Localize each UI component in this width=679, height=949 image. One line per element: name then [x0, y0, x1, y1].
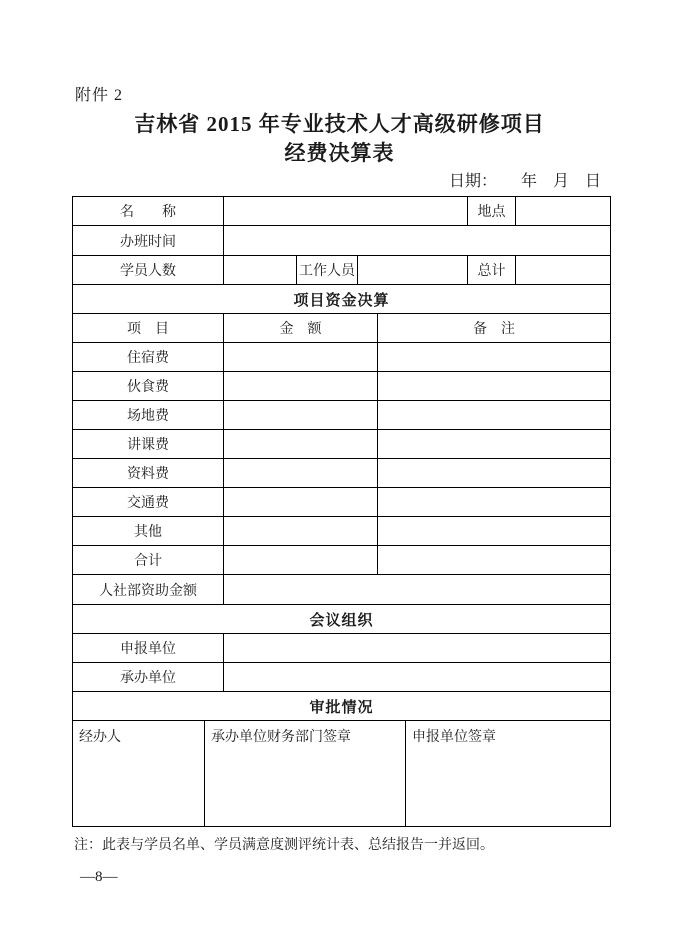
- row-name: 名 称 地点: [73, 197, 611, 226]
- handler-cell: 经办人: [73, 721, 205, 827]
- budget-row: 交通费: [73, 488, 611, 517]
- row-organization-section: 会议组织: [73, 605, 611, 634]
- organization-section-title: 会议组织: [73, 605, 611, 634]
- students-value-cell: [224, 256, 297, 285]
- total-value-cell: [516, 256, 611, 285]
- class-time-value-cell: [224, 226, 611, 256]
- budget-item-label: 伙食费: [73, 372, 224, 401]
- row-undertake-unit: 承办单位: [73, 663, 611, 692]
- attachment-label: 附件 2: [75, 82, 123, 105]
- amount-value-cell: [224, 546, 378, 575]
- class-time-label: 办班时间: [73, 226, 224, 256]
- budget-col-remark: 备 注: [378, 314, 611, 343]
- location-label: 地点: [468, 197, 516, 226]
- remark-value-cell: [378, 430, 611, 459]
- amount-value-cell: [224, 401, 378, 430]
- declare-seal-cell: 申报单位签章: [406, 721, 611, 827]
- budget-row: 讲课费: [73, 430, 611, 459]
- budget-row: 场地费: [73, 401, 611, 430]
- undertake-unit-value-cell: [224, 663, 611, 692]
- location-value-cell: [516, 197, 611, 226]
- budget-item-label: 其他: [73, 517, 224, 546]
- budget-section-title: 项目资金决算: [73, 285, 611, 314]
- page-number: —8—: [80, 869, 118, 886]
- amount-value-cell: [224, 343, 378, 372]
- row-class-time: 办班时间: [73, 226, 611, 256]
- budget-item-label: 合计: [73, 546, 224, 575]
- budget-item-label: 交通费: [73, 488, 224, 517]
- amount-value-cell: [224, 430, 378, 459]
- budget-item-label: 讲课费: [73, 430, 224, 459]
- undertake-unit-label: 承办单位: [73, 663, 224, 692]
- title-line-2: 经费决算表: [0, 139, 679, 168]
- document-title: 吉林省 2015 年专业技术人才高级研修项目 经费决算表: [0, 110, 679, 168]
- budget-row: 合计: [73, 546, 611, 575]
- amount-value-cell: [224, 488, 378, 517]
- amount-value-cell: [224, 372, 378, 401]
- staff-label: 工作人员: [297, 256, 358, 285]
- remark-value-cell: [378, 401, 611, 430]
- amount-value-cell: [224, 517, 378, 546]
- footnote: 注：此表与学员名单、学员满意度测评统计表、总结报告一并返回。: [74, 834, 494, 854]
- budget-item-label: 住宿费: [73, 343, 224, 372]
- budget-row: 伙食费: [73, 372, 611, 401]
- remark-value-cell: [378, 372, 611, 401]
- budget-item-label: 资料费: [73, 459, 224, 488]
- amount-value-cell: [224, 459, 378, 488]
- declare-unit-label: 申报单位: [73, 634, 224, 663]
- row-subsidy: 人社部资助金额: [73, 575, 611, 605]
- approval-section-title: 审批情况: [73, 692, 611, 721]
- budget-col-item: 项 目: [73, 314, 224, 343]
- document-page: 附件 2 吉林省 2015 年专业技术人才高级研修项目 经费决算表 日期： 年 …: [0, 0, 679, 949]
- staff-value-cell: [358, 256, 468, 285]
- remark-value-cell: [378, 546, 611, 575]
- remark-value-cell: [378, 343, 611, 372]
- row-approval-section: 审批情况: [73, 692, 611, 721]
- declare-unit-value-cell: [224, 634, 611, 663]
- row-declare-unit: 申报单位: [73, 634, 611, 663]
- total-label: 总计: [468, 256, 516, 285]
- row-counts: 学员人数 工作人员 总计: [73, 256, 611, 285]
- finance-seal-cell: 承办单位财务部门签章: [205, 721, 406, 827]
- budget-row: 资料费: [73, 459, 611, 488]
- budget-row: 住宿费: [73, 343, 611, 372]
- remark-value-cell: [378, 517, 611, 546]
- students-label: 学员人数: [73, 256, 224, 285]
- name-label: 名 称: [73, 197, 224, 226]
- subsidy-label: 人社部资助金额: [73, 575, 224, 605]
- name-value-cell: [224, 197, 468, 226]
- remark-value-cell: [378, 488, 611, 517]
- title-line-1: 吉林省 2015 年专业技术人才高级研修项目: [0, 110, 679, 139]
- budget-col-amount: 金 额: [224, 314, 378, 343]
- budget-row: 其他: [73, 517, 611, 546]
- budget-form-table: 名 称 地点 办班时间 学员人数 工作人员 总计 项目资金决算 项 目 金 额: [72, 196, 611, 827]
- date-line: 日期： 年 月 日: [449, 168, 601, 191]
- row-budget-header: 项 目 金 额 备 注: [73, 314, 611, 343]
- subsidy-value-cell: [224, 575, 611, 605]
- remark-value-cell: [378, 459, 611, 488]
- row-budget-section: 项目资金决算: [73, 285, 611, 314]
- row-signatures: 经办人 承办单位财务部门签章 申报单位签章: [73, 721, 611, 827]
- budget-item-label: 场地费: [73, 401, 224, 430]
